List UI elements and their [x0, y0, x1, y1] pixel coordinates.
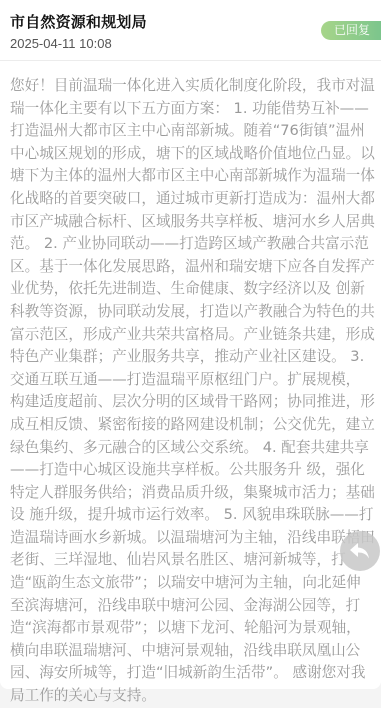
reply-arrow-icon: [349, 541, 371, 561]
reply-date: 2025-04-11 10:08: [10, 36, 112, 51]
back-reply-button[interactable]: [340, 531, 380, 571]
reply-content: 您好！目前温瑞一体化进入实质化制度化阶段，我市对温瑞一体化主要有以下五方面方案：…: [10, 75, 375, 692]
reply-card: 市自然资源和规划局 2025-04-11 10:08 已回复 您好！目前温瑞一体…: [0, 0, 381, 689]
status-badge: 已回复: [321, 21, 381, 40]
department-name: 市自然资源和规划局: [10, 11, 147, 32]
reply-header: 市自然资源和规划局 2025-04-11 10:08 已回复: [0, 0, 381, 61]
